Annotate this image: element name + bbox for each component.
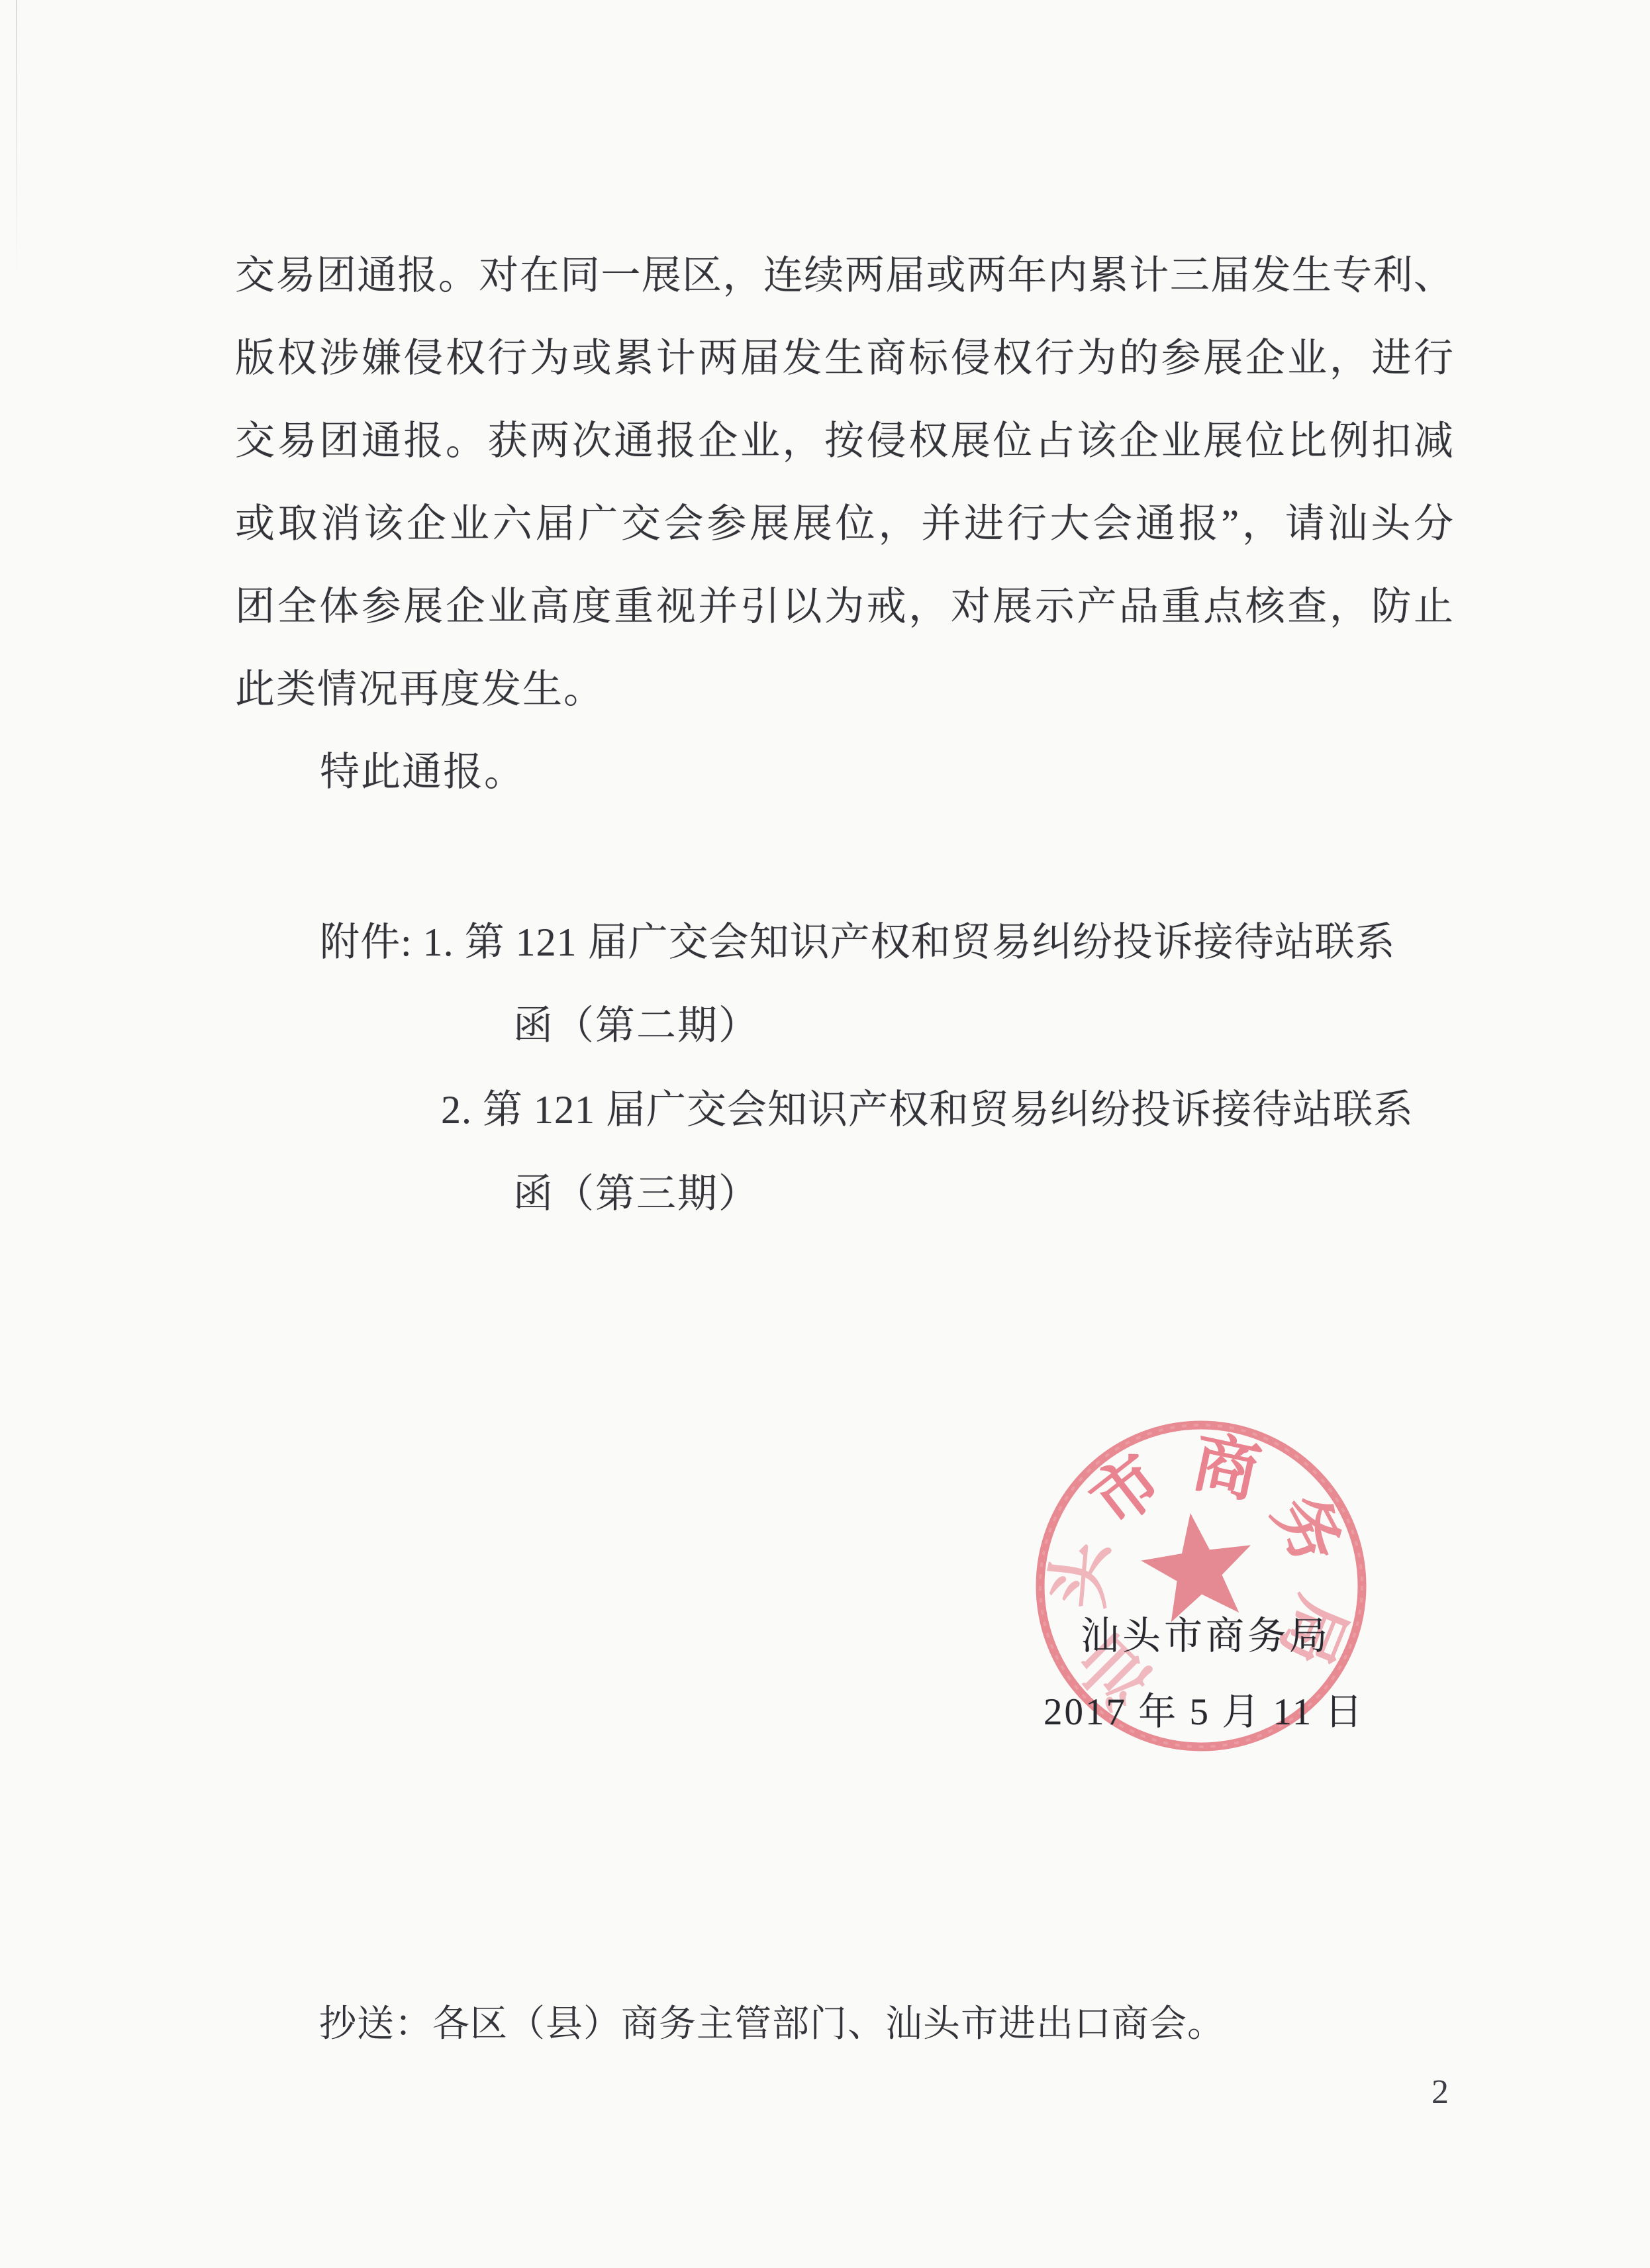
body-line-5: 团全体参展企业高度重视并引以为戒，对展示产品重点核查，防止 <box>235 585 1453 629</box>
body-line-4: 或取消该企业六届广交会参展展位，并进行大会通报”，请汕头分 <box>235 502 1453 546</box>
attachment-line-3: 2. 第 121 届广交会知识产权和贸易纠纷投诉接待站联系 <box>441 1088 1414 1132</box>
signature-date: 2017 年 5 月 11 日 <box>1043 1681 1365 1736</box>
closing-line: 特此通报。 <box>320 750 525 795</box>
page-number: 2 <box>1432 2073 1449 2112</box>
body-line-3: 交易团通报。获两次通报企业，按侵权展位占该企业展位比例扣减 <box>235 419 1453 464</box>
cc-line: 抄送：各区（县）商务主管部门、汕头市进出口商会。 <box>319 1995 1225 2047</box>
signature-org: 汕头市商务局 <box>1081 1604 1331 1660</box>
attachment-line-4: 函（第三期） <box>513 1172 759 1216</box>
document-page: 交易团通报。对在同一展区，连续两届或两年内累计三届发生专利、 版权涉嫌侵权行为或… <box>0 0 1650 2268</box>
body-line-6: 此类情况再度发生。 <box>235 667 605 712</box>
body-line-2: 版权涉嫌侵权行为或累计两届发生商标侵权行为的参展企业，进行 <box>235 336 1453 381</box>
seal-arc-char: 务 <box>1259 1483 1355 1575</box>
scan-edge-artifact <box>16 0 17 278</box>
body-line-1: 交易团通报。对在同一展区，连续两届或两年内累计三届发生专利、 <box>235 254 1453 298</box>
attachment-line-1: 附件: 1. 第 121 届广交会知识产权和贸易纠纷投诉接待站联系 <box>320 920 1396 965</box>
seal-arc-char: 头 <box>1042 1538 1120 1611</box>
seal-arc-char: 市 <box>1078 1442 1175 1540</box>
attachment-line-2: 函（第二期） <box>513 1004 759 1048</box>
seal-arc-char: 商 <box>1186 1425 1266 1510</box>
